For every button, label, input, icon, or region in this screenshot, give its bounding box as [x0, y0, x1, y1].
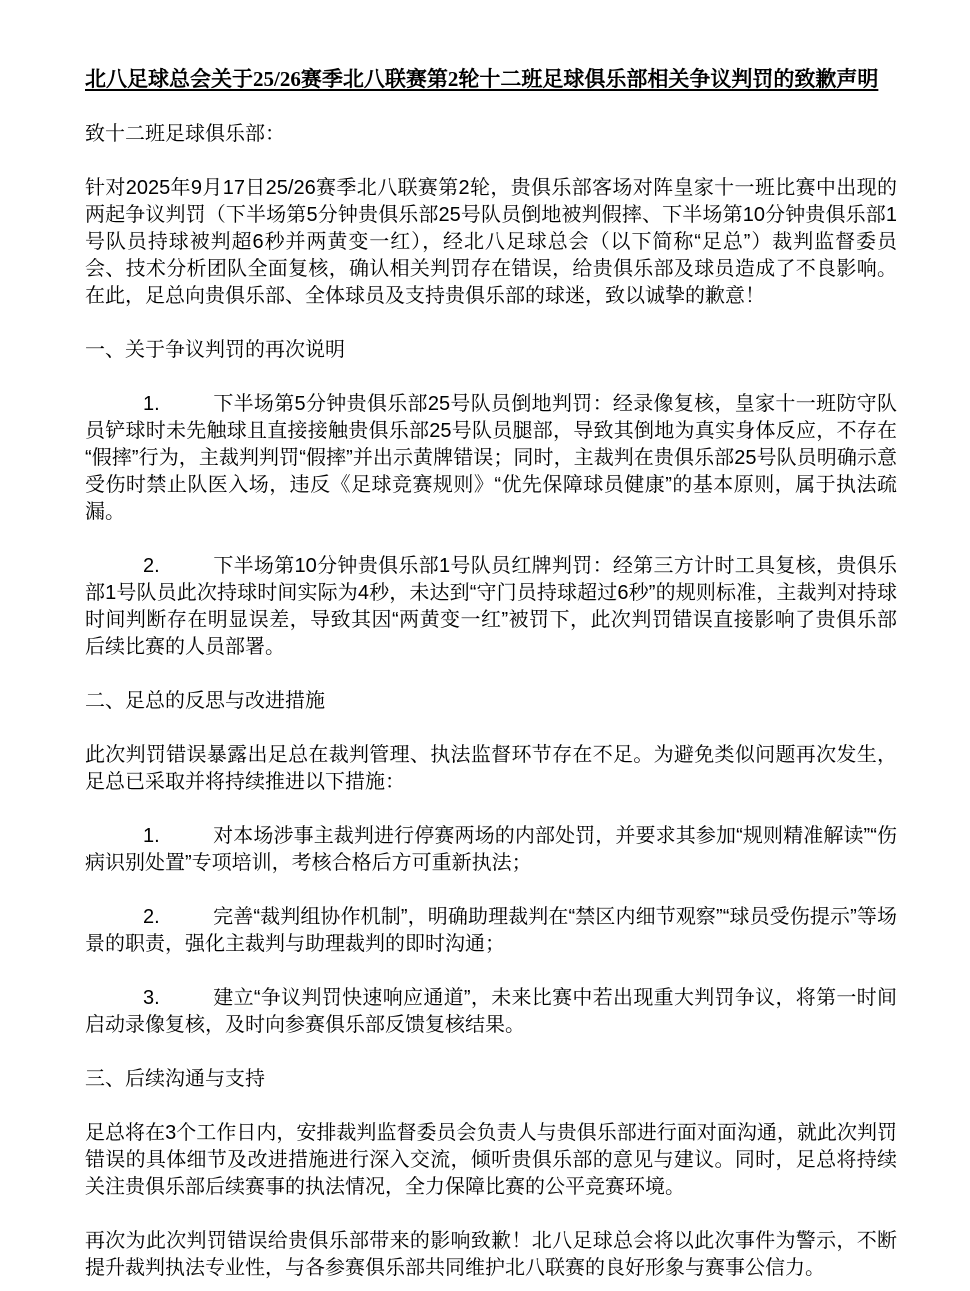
section-2-heading: 二、足总的反思与改进措施	[85, 688, 897, 715]
section-2-lead-paragraph: 此次判罚错误暴露出足总在裁判管理、执法监督环节存在不足。为避免类似问题再次发生，…	[85, 742, 897, 796]
section-1-item-2: 2.下半场第10分钟贵俱乐部1号队员红牌判罚：经第三方计时工具复核，贵俱乐部1号…	[85, 553, 897, 661]
section-1-item-1-number: 1.	[143, 391, 213, 418]
section-2-item-2-number: 2.	[143, 904, 213, 931]
salutation: 致十二班足球俱乐部：	[85, 121, 897, 148]
section-3-lead-paragraph: 足总将在3个工作日内，安排裁判监督委员会负责人与贵俱乐部进行面对面沟通，就此次判…	[85, 1120, 897, 1201]
section-2-item-1: 1.对本场涉事主裁判进行停赛两场的内部处罚，并要求其参加“规则精准解读”“伤病识…	[85, 823, 897, 877]
section-1-heading: 一、关于争议判罚的再次说明	[85, 337, 897, 364]
section-2-item-3: 3.建立“争议判罚快速响应通道”，未来比赛中若出现重大判罚争议，将第一时间启动录…	[85, 985, 897, 1039]
section-3-heading: 三、后续沟通与支持	[85, 1066, 897, 1093]
document-title: 北八足球总会关于25/26赛季北八联赛第2轮十二班足球俱乐部相关争议判罚的致歉声…	[85, 64, 897, 94]
section-2-item-3-number: 3.	[143, 985, 213, 1012]
section-2-item-2: 2.完善“裁判组协作机制”，明确助理裁判在“禁区内细节观察”“球员受伤提示”等场…	[85, 904, 897, 958]
section-1-item-2-number: 2.	[143, 553, 213, 580]
intro-paragraph: 针对2025年9月17日25/26赛季北八联赛第2轮，贵俱乐部客场对阵皇家十一班…	[85, 175, 897, 310]
section-2-item-1-number: 1.	[143, 823, 213, 850]
closing-paragraph: 再次为此次判罚错误给贵俱乐部带来的影响致歉！北八足球总会将以此次事件为警示，不断…	[85, 1228, 897, 1282]
document-page: 北八足球总会关于25/26赛季北八联赛第2轮十二班足球俱乐部相关争议判罚的致歉声…	[0, 0, 970, 1291]
section-1-item-1: 1.下半场第5分钟贵俱乐部25号队员倒地判罚：经录像复核，皇家十一班防守队员铲球…	[85, 391, 897, 526]
